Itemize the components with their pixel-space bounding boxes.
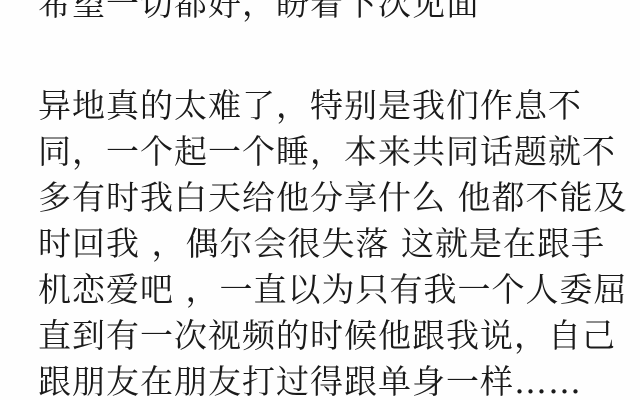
paragraph-line: 多有时我白天给他分享什么 他都不能及	[38, 178, 628, 218]
paragraph-line: 时回我 ，偶尔会很失落 这就是在跟手	[38, 224, 605, 264]
paragraph-line: 机恋爱吧 ，一直以为只有我一个人委屈	[38, 270, 628, 310]
paragraph-line: 异地真的太难了，特别是我们作息不	[38, 86, 582, 126]
paragraph-line: 直到有一次视频的时候他跟我说，自己	[38, 316, 616, 356]
paragraph-line: 同，一个起一个睡，本来共同话题就不	[38, 132, 616, 172]
document-page: 希望一切都好，盼着下次见面 异地真的太难了，特别是我们作息不 同，一个起一个睡，…	[0, 0, 640, 400]
header-line: 希望一切都好，盼着下次见面	[38, 0, 480, 24]
paragraph-line-clipped: 跟朋友在朋友打过得跟单身一样……	[38, 362, 582, 400]
